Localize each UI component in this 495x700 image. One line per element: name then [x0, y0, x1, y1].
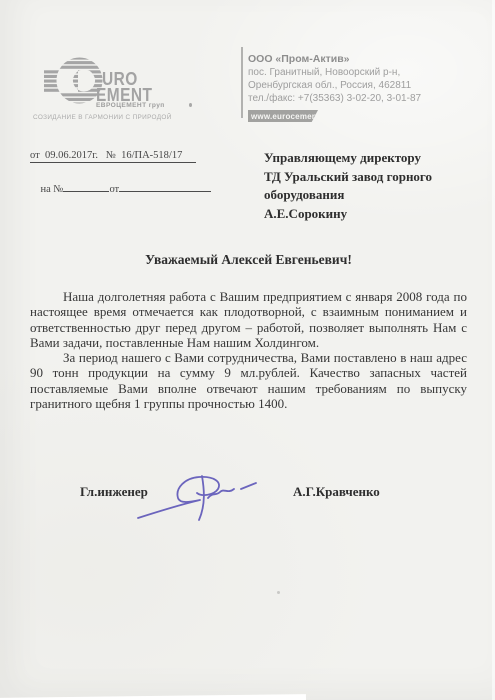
- letter-page: URO EMENT ЕВРОЦЕМЕНТ груп СОЗИДАНИЕ В ГА…: [0, 0, 495, 700]
- incoming-ref-number-blank: [63, 180, 109, 192]
- logo-tagline: СОЗИДАНИЕ В ГАРМОНИИ С ПРИРОДОЙ: [33, 114, 172, 121]
- outgoing-reference-line: от 09.06.2017г. № 16/ПА-518/17: [30, 150, 196, 163]
- incoming-reference-line: на №от: [30, 169, 211, 206]
- eurocement-euro-logo-icon: [44, 56, 104, 111]
- addressee-line: оборудования: [264, 186, 474, 205]
- company-address-line1: пос. Гранитный, Новоорский р-н,: [248, 67, 400, 78]
- scan-speck: [189, 103, 192, 107]
- addressee-block: Управляющему директору ТД Уральский заво…: [264, 149, 474, 223]
- scan-speck: [277, 591, 280, 594]
- addressee-line: Управляющему директору: [264, 149, 474, 168]
- company-name: ООО «Пром-Актив»: [248, 53, 350, 65]
- incoming-ref-from-label: от: [109, 184, 119, 195]
- handwritten-signature: [128, 456, 268, 531]
- logo-group-name: ЕВРОЦЕМЕНТ груп: [96, 102, 165, 109]
- incoming-ref-date-blank: [119, 180, 211, 192]
- company-phone: тел./факс: +7(35363) 3-02-20, 3-01-87: [248, 93, 421, 104]
- incoming-ref-label: на №: [41, 184, 64, 195]
- signer-name: А.Г.Кравченко: [293, 484, 380, 500]
- scan-edge: [0, 694, 306, 700]
- letter-body: Наша долголетняя работа с Вашим предприя…: [30, 289, 467, 411]
- body-paragraph: За период нашего с Вами сотрудничества, …: [30, 350, 467, 411]
- addressee-line: А.Е.Сорокину: [264, 205, 474, 224]
- website-url: www.eurocement.ru: [251, 112, 331, 121]
- website-badge: www.eurocement.ru: [248, 110, 318, 122]
- addressee-line: ТД Уральский завод горного: [264, 168, 474, 187]
- salutation: Уважаемый Алексей Евгеньевич!: [30, 252, 467, 268]
- letterhead-divider: [241, 47, 243, 118]
- body-paragraph: Наша долголетняя работа с Вашим предприя…: [30, 289, 467, 350]
- company-address-line2: Оренбургская обл., Россия, 462811: [248, 80, 411, 91]
